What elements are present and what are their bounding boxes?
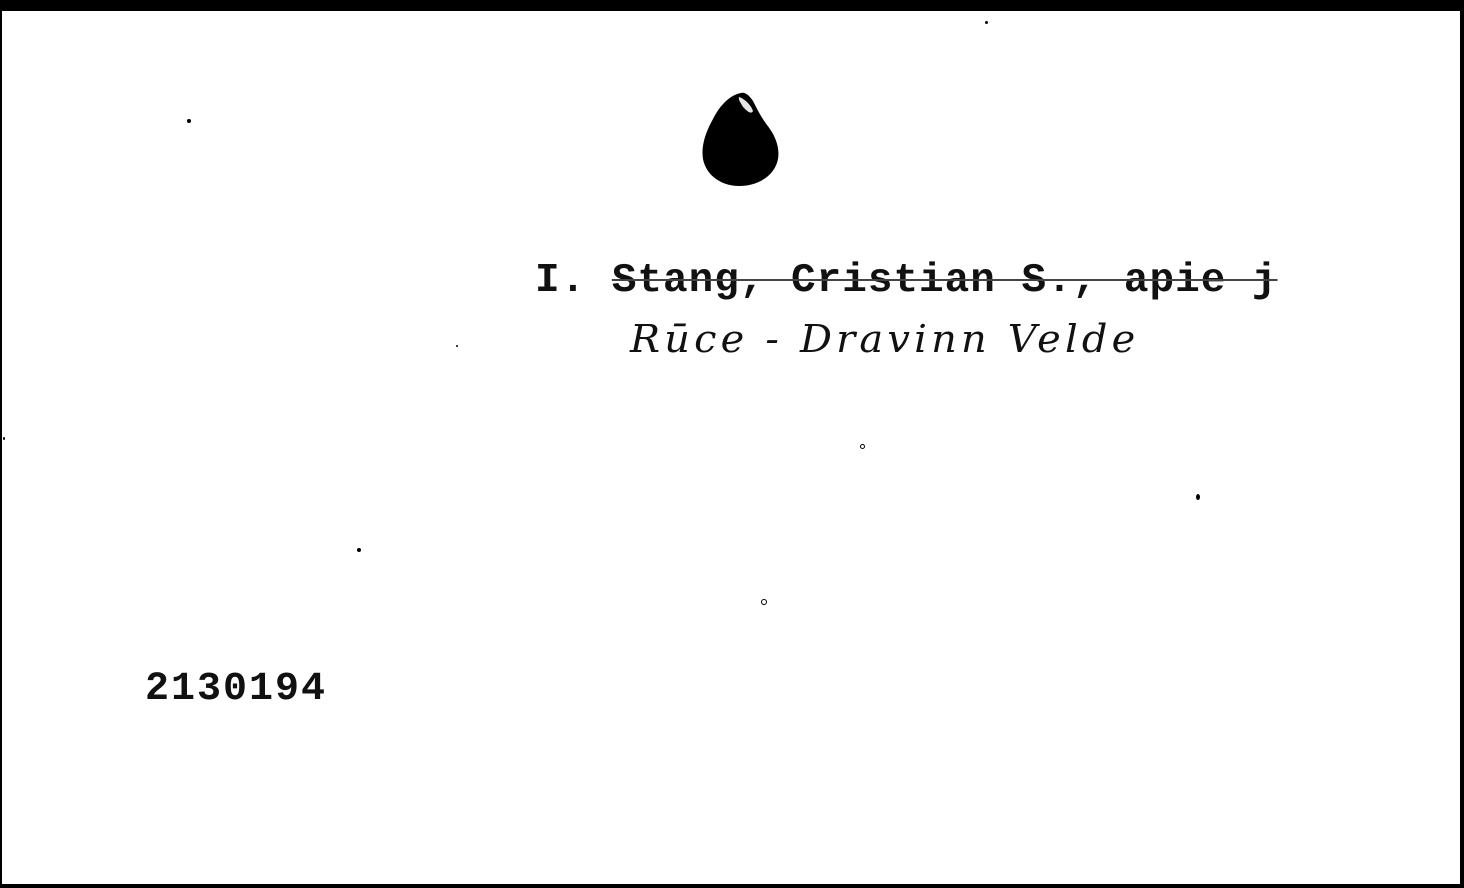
speck xyxy=(860,444,865,449)
speck xyxy=(1196,494,1200,500)
speck xyxy=(456,345,458,347)
handwritten-annotation: Rūce - Dravinn Velde xyxy=(630,317,1139,361)
speck xyxy=(357,548,361,552)
speck xyxy=(3,437,5,440)
speck xyxy=(985,21,988,24)
index-card: I. Stang, Cristian S., apie j Rūce - Dra… xyxy=(2,11,1460,884)
speck xyxy=(761,599,767,605)
typed-name-line: I. Stang, Cristian S., apie j xyxy=(535,258,1278,304)
punch-hole-icon xyxy=(701,89,779,188)
speck xyxy=(187,119,191,123)
typed-prefix: I. xyxy=(535,258,612,304)
struck-name-text: Stang, Cristian S., apie j xyxy=(612,258,1278,304)
card-number: 2130194 xyxy=(145,667,327,712)
